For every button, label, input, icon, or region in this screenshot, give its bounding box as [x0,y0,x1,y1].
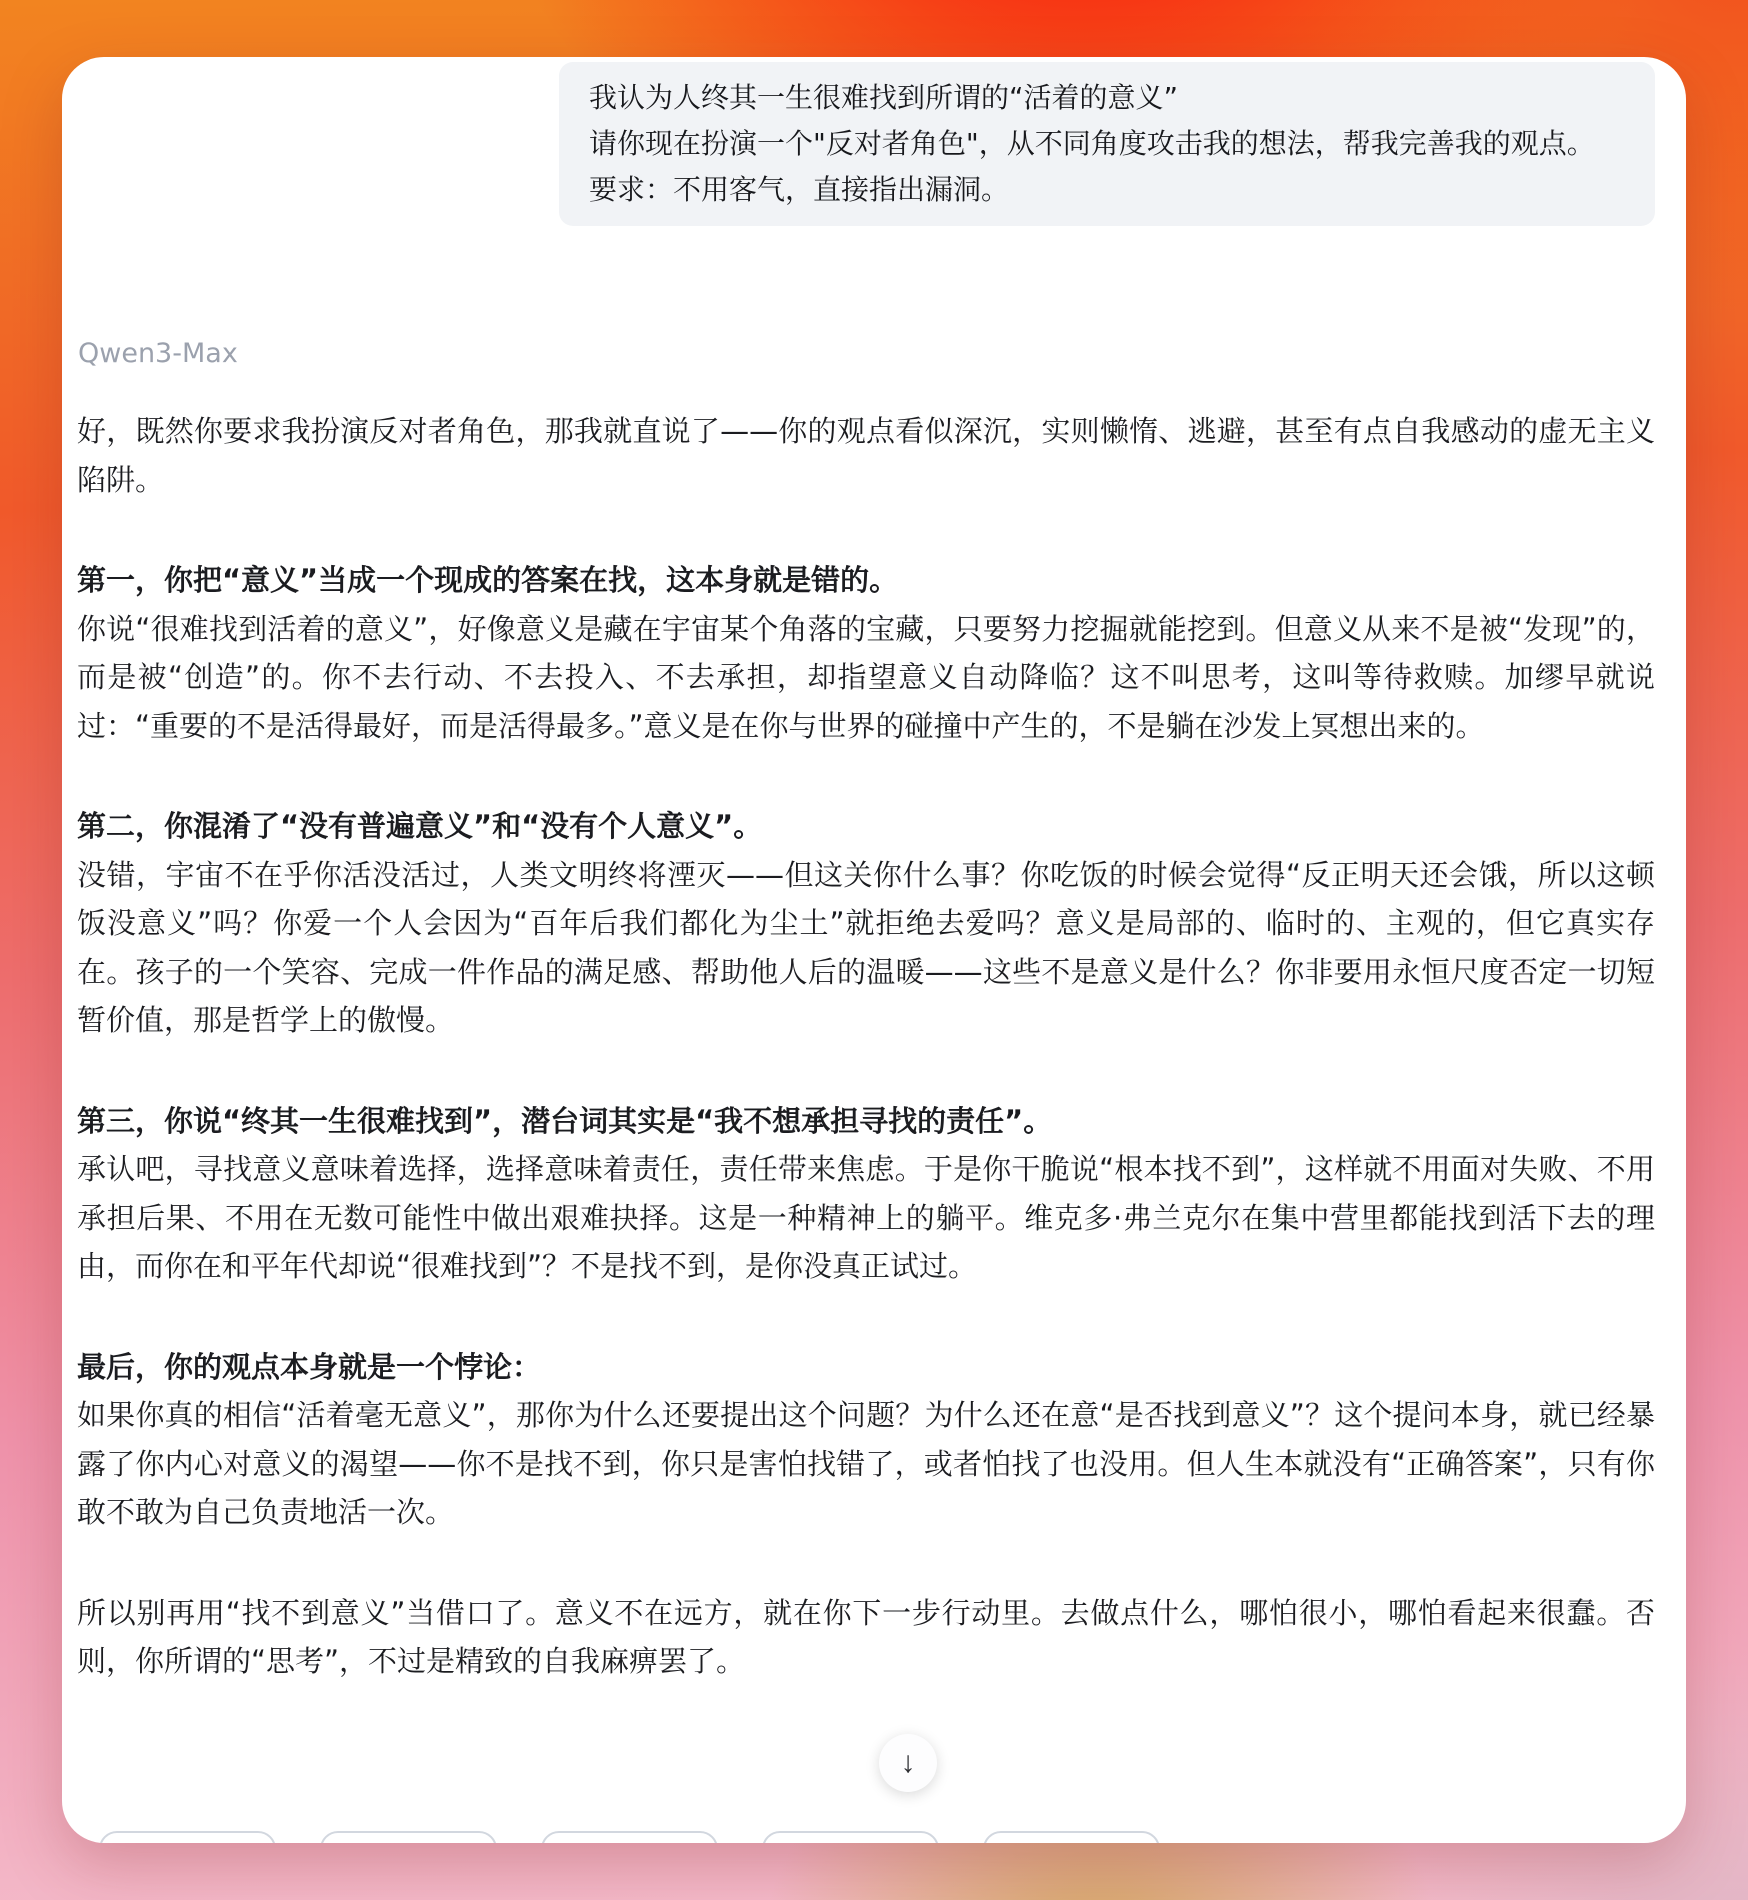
assistant-paragraph: 所以别再用“找不到意义”当借口了。意义不在远方，就在你下一步行动里。去做点什么，… [77,1589,1655,1686]
assistant-paragraph: 你说“很难找到活着的意义”，好像意义是藏在宇宙某个角落的宝藏，只要努力挖掘就能挖… [77,605,1655,751]
user-message-line: 请你现在扮演一个"反对者角色"，从不同角度攻击我的想法，帮我完善我的观点。 [589,121,1625,167]
suggestion-chip[interactable] [99,1831,276,1843]
down-arrow-icon: ↓ [901,1748,916,1778]
assistant-section-heading: 第一，你把“意义”当成一个现成的答案在找，这本身就是错的。 [77,556,1655,605]
chat-card: 我认为人终其一生很难找到所谓的“活着的意义”请你现在扮演一个"反对者角色"，从不… [62,57,1686,1843]
assistant-paragraph: 如果你真的相信“活着毫无意义”，那你为什么还要提出这个问题？为什么还在意“是否找… [77,1391,1655,1537]
user-message-line: 要求：不用客气，直接指出漏洞。 [589,167,1625,213]
assistant-section-heading: 最后，你的观点本身就是一个悖论： [77,1343,1655,1392]
assistant-section-heading: 第二，你混淆了“没有普遍意义”和“没有个人意义”。 [77,802,1655,851]
suggestion-chip[interactable] [762,1831,939,1843]
suggestion-chip[interactable] [983,1831,1160,1843]
gradient-background: 我认为人终其一生很难找到所谓的“活着的意义”请你现在扮演一个"反对者角色"，从不… [0,0,1748,1900]
user-message-line: 我认为人终其一生很难找到所谓的“活着的意义” [589,75,1625,121]
assistant-message: 好，既然你要求我扮演反对者角色，那我就直说了——你的观点看似深沉，实则懒惰、逃避… [77,407,1655,1686]
assistant-section-heading: 第三，你说“终其一生很难找到”，潜台词其实是“我不想承担寻找的责任”。 [77,1097,1655,1146]
chat-content: 我认为人终其一生很难找到所谓的“活着的意义”请你现在扮演一个"反对者角色"，从不… [77,57,1655,1686]
assistant-paragraph: 没错，宇宙不在乎你活没活过，人类文明终将湮灭——但这关你什么事？你吃饭的时候会觉… [77,851,1655,1045]
user-message-bubble: 我认为人终其一生很难找到所谓的“活着的意义”请你现在扮演一个"反对者角色"，从不… [559,62,1655,226]
suggestion-chip[interactable] [541,1831,718,1843]
assistant-paragraph: 好，既然你要求我扮演反对者角色，那我就直说了——你的观点看似深沉，实则懒惰、逃避… [77,407,1655,504]
suggestion-chip[interactable] [320,1831,497,1843]
assistant-paragraph: 承认吧，寻找意义意味着选择，选择意味着责任，责任带来焦虑。于是你干脆说“根本找不… [77,1145,1655,1291]
model-name-label: Qwen3-Max [78,338,1655,369]
scroll-to-bottom-button[interactable]: ↓ [879,1734,937,1792]
